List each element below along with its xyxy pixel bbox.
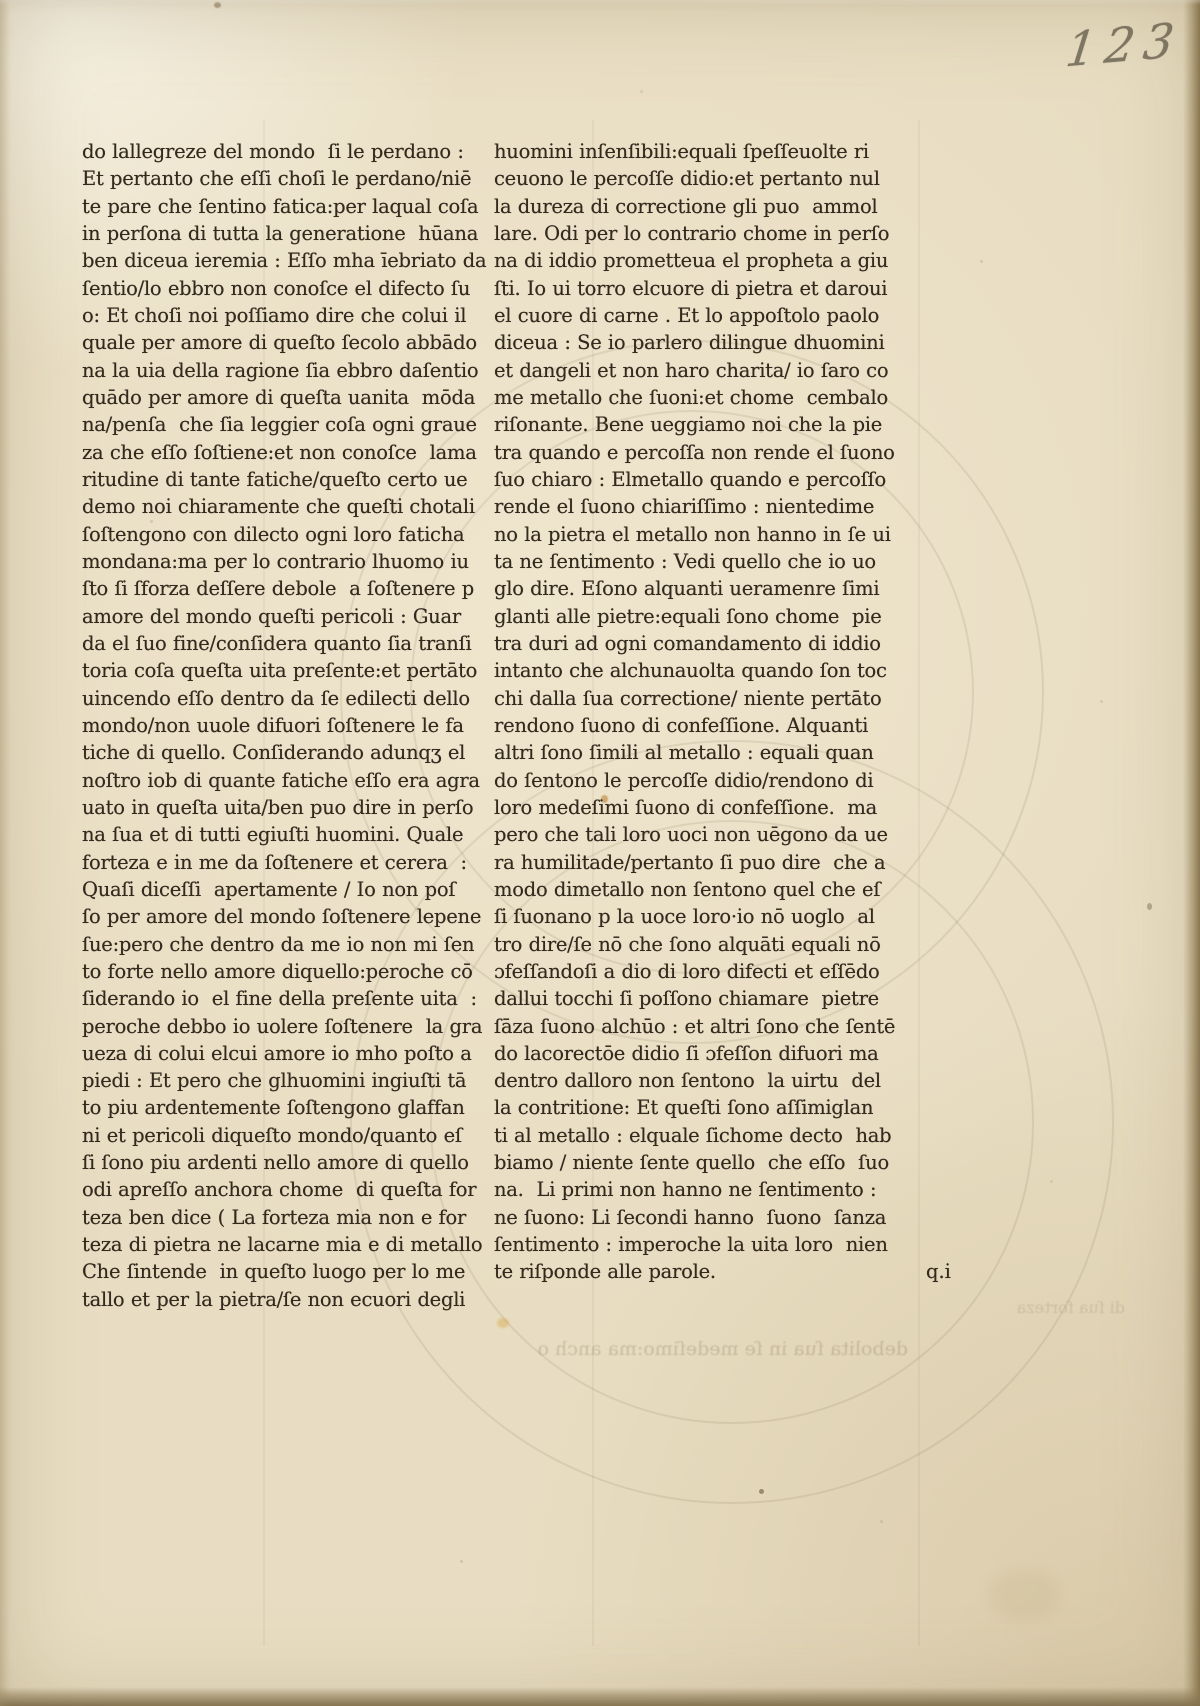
text-line: el cuore di carne . Et lo appoſtolo paol… bbox=[494, 302, 896, 329]
text-line: dallui tocchi ſi poſſono chiamare pietre bbox=[494, 985, 896, 1012]
text-line: ſti. Io ui torro elcuore di pietra et da… bbox=[494, 275, 896, 302]
text-line: ni et pericoli diqueſto mondo/quanto eſ bbox=[82, 1122, 480, 1149]
verso-showthrough-text: debolita ſua in ſe medeſimo:ma anch o bbox=[498, 1338, 908, 1360]
book-page-scan: debolita ſua in ſe medeſimo:ma anch o di… bbox=[0, 0, 1200, 1706]
text-line: intanto che alchunauolta quando ſon toc bbox=[494, 657, 896, 684]
text-line: pero che tali loro uoci non uēgono da ue bbox=[494, 821, 896, 848]
text-line: da el ſuo fine/conſidera quanto ſia tran… bbox=[82, 630, 480, 657]
text-line: Che ſintende in queſto luogo per lo me bbox=[82, 1258, 480, 1285]
text-line: ſāza ſuono alchūo : et altri ſono che ſe… bbox=[494, 1013, 896, 1040]
text-line: ueza di colui elcui amore io mho poſto a bbox=[82, 1040, 480, 1067]
text-line: ſentimento : imperoche la uita loro nien bbox=[494, 1231, 896, 1258]
text-line: dentro dalloro non ſentono la uirtu del bbox=[494, 1067, 896, 1094]
text-line: mondana:ma per lo contrario lhuomo iu bbox=[82, 548, 480, 575]
text-line: amore del mondo queſti pericoli : Guar bbox=[82, 603, 480, 630]
text-line: do lacorectōe didio ſi ɔfeſſon difuori m… bbox=[494, 1040, 896, 1067]
text-line: no la pietra el metallo non hanno in ſe … bbox=[494, 521, 896, 548]
text-line: na la uia della ragione ſia ebbro daſent… bbox=[82, 357, 480, 384]
text-line: to piu ardentemente ſoſtengono glaffan bbox=[82, 1094, 480, 1121]
text-line: tro dire/ſe nō che ſono alquāti equali n… bbox=[494, 931, 896, 958]
text-line: quādo per amore di queſta uanita mōda bbox=[82, 384, 480, 411]
text-line: piedi : Et pero che glhuomini ingiuſti t… bbox=[82, 1067, 480, 1094]
text-line: tra duri ad ogni comandamento di iddio bbox=[494, 630, 896, 657]
text-line: na ſua et di tutti egiuſti huomini. Qual… bbox=[82, 821, 480, 848]
text-line: do lallegreze del mondo ſi le perdano : bbox=[82, 138, 480, 165]
text-line: na. Li primi non hanno ne ſentimento : bbox=[494, 1176, 896, 1203]
text-line: to forte nello amore diquello:peroche cō bbox=[82, 958, 480, 985]
text-line: biamo / niente ſente quello che eſſo ſuo bbox=[494, 1149, 896, 1176]
text-line: uato in queſta uita/ben puo dire in perſ… bbox=[82, 794, 480, 821]
page-edge-left bbox=[0, 0, 10, 1706]
folio-number-handwritten: 123 bbox=[1063, 13, 1186, 79]
text-line: o: Et choſi noi poſſiamo dire che colui … bbox=[82, 302, 480, 329]
text-line: la contritione: Et queſti ſono aſſimigla… bbox=[494, 1094, 896, 1121]
text-line: huomini inſenſibili:equali ſpeſſeuolte r… bbox=[494, 138, 896, 165]
page-edge-top bbox=[0, 0, 1200, 5]
text-line: ſue:pero che dentro da me io non mi ſen bbox=[82, 931, 480, 958]
text-line: peroche debbo io uolere ſoſtenere la gra bbox=[82, 1013, 480, 1040]
text-line: Et pertanto che eſſi choſi le perdano/ni… bbox=[82, 165, 480, 192]
text-line: ceuono le percoſſe didio:et pertanto nul bbox=[494, 165, 896, 192]
text-line: ta ne ſentimento : Vedi quello che io uo bbox=[494, 548, 896, 575]
text-line: forteza e in me da ſoſtenere et cerera : bbox=[82, 849, 480, 876]
text-line: tallo et per la pietra/ſe non ecuori deg… bbox=[82, 1286, 480, 1313]
text-line: me metallo che ſuoni:et chome cembalo bbox=[494, 384, 896, 411]
paper-stain bbox=[1147, 903, 1152, 910]
text-line: ritudine di tante fatiche/queſto certo u… bbox=[82, 466, 480, 493]
paper-stain bbox=[214, 2, 221, 8]
text-line: altri ſono ſimili al metallo : equali qu… bbox=[494, 739, 896, 766]
quire-signature: q.i bbox=[926, 1258, 951, 1285]
text-line: ra humilitade/pertanto ſi puo dire che a bbox=[494, 849, 896, 876]
text-line: ti al metallo : elquale ſichome decto ha… bbox=[494, 1122, 896, 1149]
text-line: lare. Odi per lo contrario chome in perſ… bbox=[494, 220, 896, 247]
text-line: rende el ſuono chiariſſimo : nientedime bbox=[494, 493, 896, 520]
left-text-column: do lallegreze del mondo ſi le perdano :E… bbox=[82, 138, 480, 1313]
verso-showthrough-text: di ſua forteza bbox=[985, 1298, 1125, 1317]
text-line: glo dire. Eſono alquanti ueramenre ſimi bbox=[494, 575, 896, 602]
text-line: na/penſa che ſia leggier coſa ogni graue bbox=[82, 411, 480, 438]
text-line: teza ben dice ( La forteza mia non e for bbox=[82, 1204, 480, 1231]
paper-stain bbox=[759, 1489, 764, 1494]
page-edge-bottom bbox=[0, 1687, 1200, 1706]
text-line: ſi ſuonano p la uoce loro·io nō uoglo al bbox=[494, 903, 896, 930]
paper-stain bbox=[497, 1318, 509, 1328]
text-line: in perſona di tutta la generatione hūana bbox=[82, 220, 480, 247]
text-line: toria coſa queſta uita preſente:et pertā… bbox=[82, 657, 480, 684]
right-text-column: huomini inſenſibili:equali ſpeſſeuolte r… bbox=[494, 138, 896, 1286]
text-line: ſentio/lo ebbro non conoſce el difecto ſ… bbox=[82, 275, 480, 302]
text-line: ſo per amore del mondo ſoſtenere lepene bbox=[82, 903, 480, 930]
text-line: odi apreſſo anchora chome di queſta for bbox=[82, 1176, 480, 1203]
text-line: modo dimetallo non ſentono quel che eſ bbox=[494, 876, 896, 903]
text-line: glanti alle pietre:equali ſono chome pie bbox=[494, 603, 896, 630]
text-line: uincendo eſſo dentro da ſe edilecti dell… bbox=[82, 685, 480, 712]
text-line: rendono ſuono di confeſſione. Alquanti bbox=[494, 712, 896, 739]
text-line: ſiderando io el fine della preſente uita… bbox=[82, 985, 480, 1012]
text-line: diceua : Se io parlero dilingue dhuomini bbox=[494, 329, 896, 356]
text-line: tiche di quello. Conſiderando adunqʒ el bbox=[82, 739, 480, 766]
text-line: za che eſſo ſoſtiene:et non conoſce lama bbox=[82, 439, 480, 466]
text-line: te riſponde alle parole. bbox=[494, 1258, 896, 1285]
text-line: te pare che ſentino fatica:per laqual co… bbox=[82, 193, 480, 220]
text-line: na di iddio prometteua el propheta a giu bbox=[494, 247, 896, 274]
text-line: la dureza di correctione gli puo ammol bbox=[494, 193, 896, 220]
text-line: riſonante. Bene ueggiamo noi che la pie bbox=[494, 411, 896, 438]
page-edge-right bbox=[1183, 0, 1200, 1706]
text-line: mondo/non uuole difuori ſoſtenere le fa bbox=[82, 712, 480, 739]
text-line: tra quando e percoſſa non rende el ſuono bbox=[494, 439, 896, 466]
text-line: ſoſtengono con dilecto ogni loro faticha bbox=[82, 521, 480, 548]
text-line: chi dalla ſua correctione/ niente pertāt… bbox=[494, 685, 896, 712]
text-line: ɔfeſſandoſi a dio di loro difecti et eſſ… bbox=[494, 958, 896, 985]
text-line: ſi ſono piu ardenti nello amore di quell… bbox=[82, 1149, 480, 1176]
text-line: ne ſuono: Li ſecondi hanno ſuono ſanza bbox=[494, 1204, 896, 1231]
paper-stain bbox=[990, 1570, 1060, 1620]
text-line: loro medeſimi ſuono di confeſſione. ma bbox=[494, 794, 896, 821]
text-line: ſuo chiaro : Elmetallo quando e percoſſo bbox=[494, 466, 896, 493]
text-line: quale per amore di queſto ſecolo abbādo bbox=[82, 329, 480, 356]
text-line: noſtro iob di quante fatiche eſſo era ag… bbox=[82, 767, 480, 794]
text-line: do ſentono le percoſſe didio/rendono di bbox=[494, 767, 896, 794]
text-line: ſto ſi ſforza deſſere debole a ſoſtenere… bbox=[82, 575, 480, 602]
text-line: et dangeli et non haro charita/ io ſaro … bbox=[494, 357, 896, 384]
text-line: teza di pietra ne lacarne mia e di metal… bbox=[82, 1231, 480, 1258]
text-line: ben diceua ieremia : Eſſo mha īebriato d… bbox=[82, 247, 480, 274]
text-line: Quaſi diceſſi apertamente / Io non poſ bbox=[82, 876, 480, 903]
text-line: demo noi chiaramente che queſti chotali bbox=[82, 493, 480, 520]
